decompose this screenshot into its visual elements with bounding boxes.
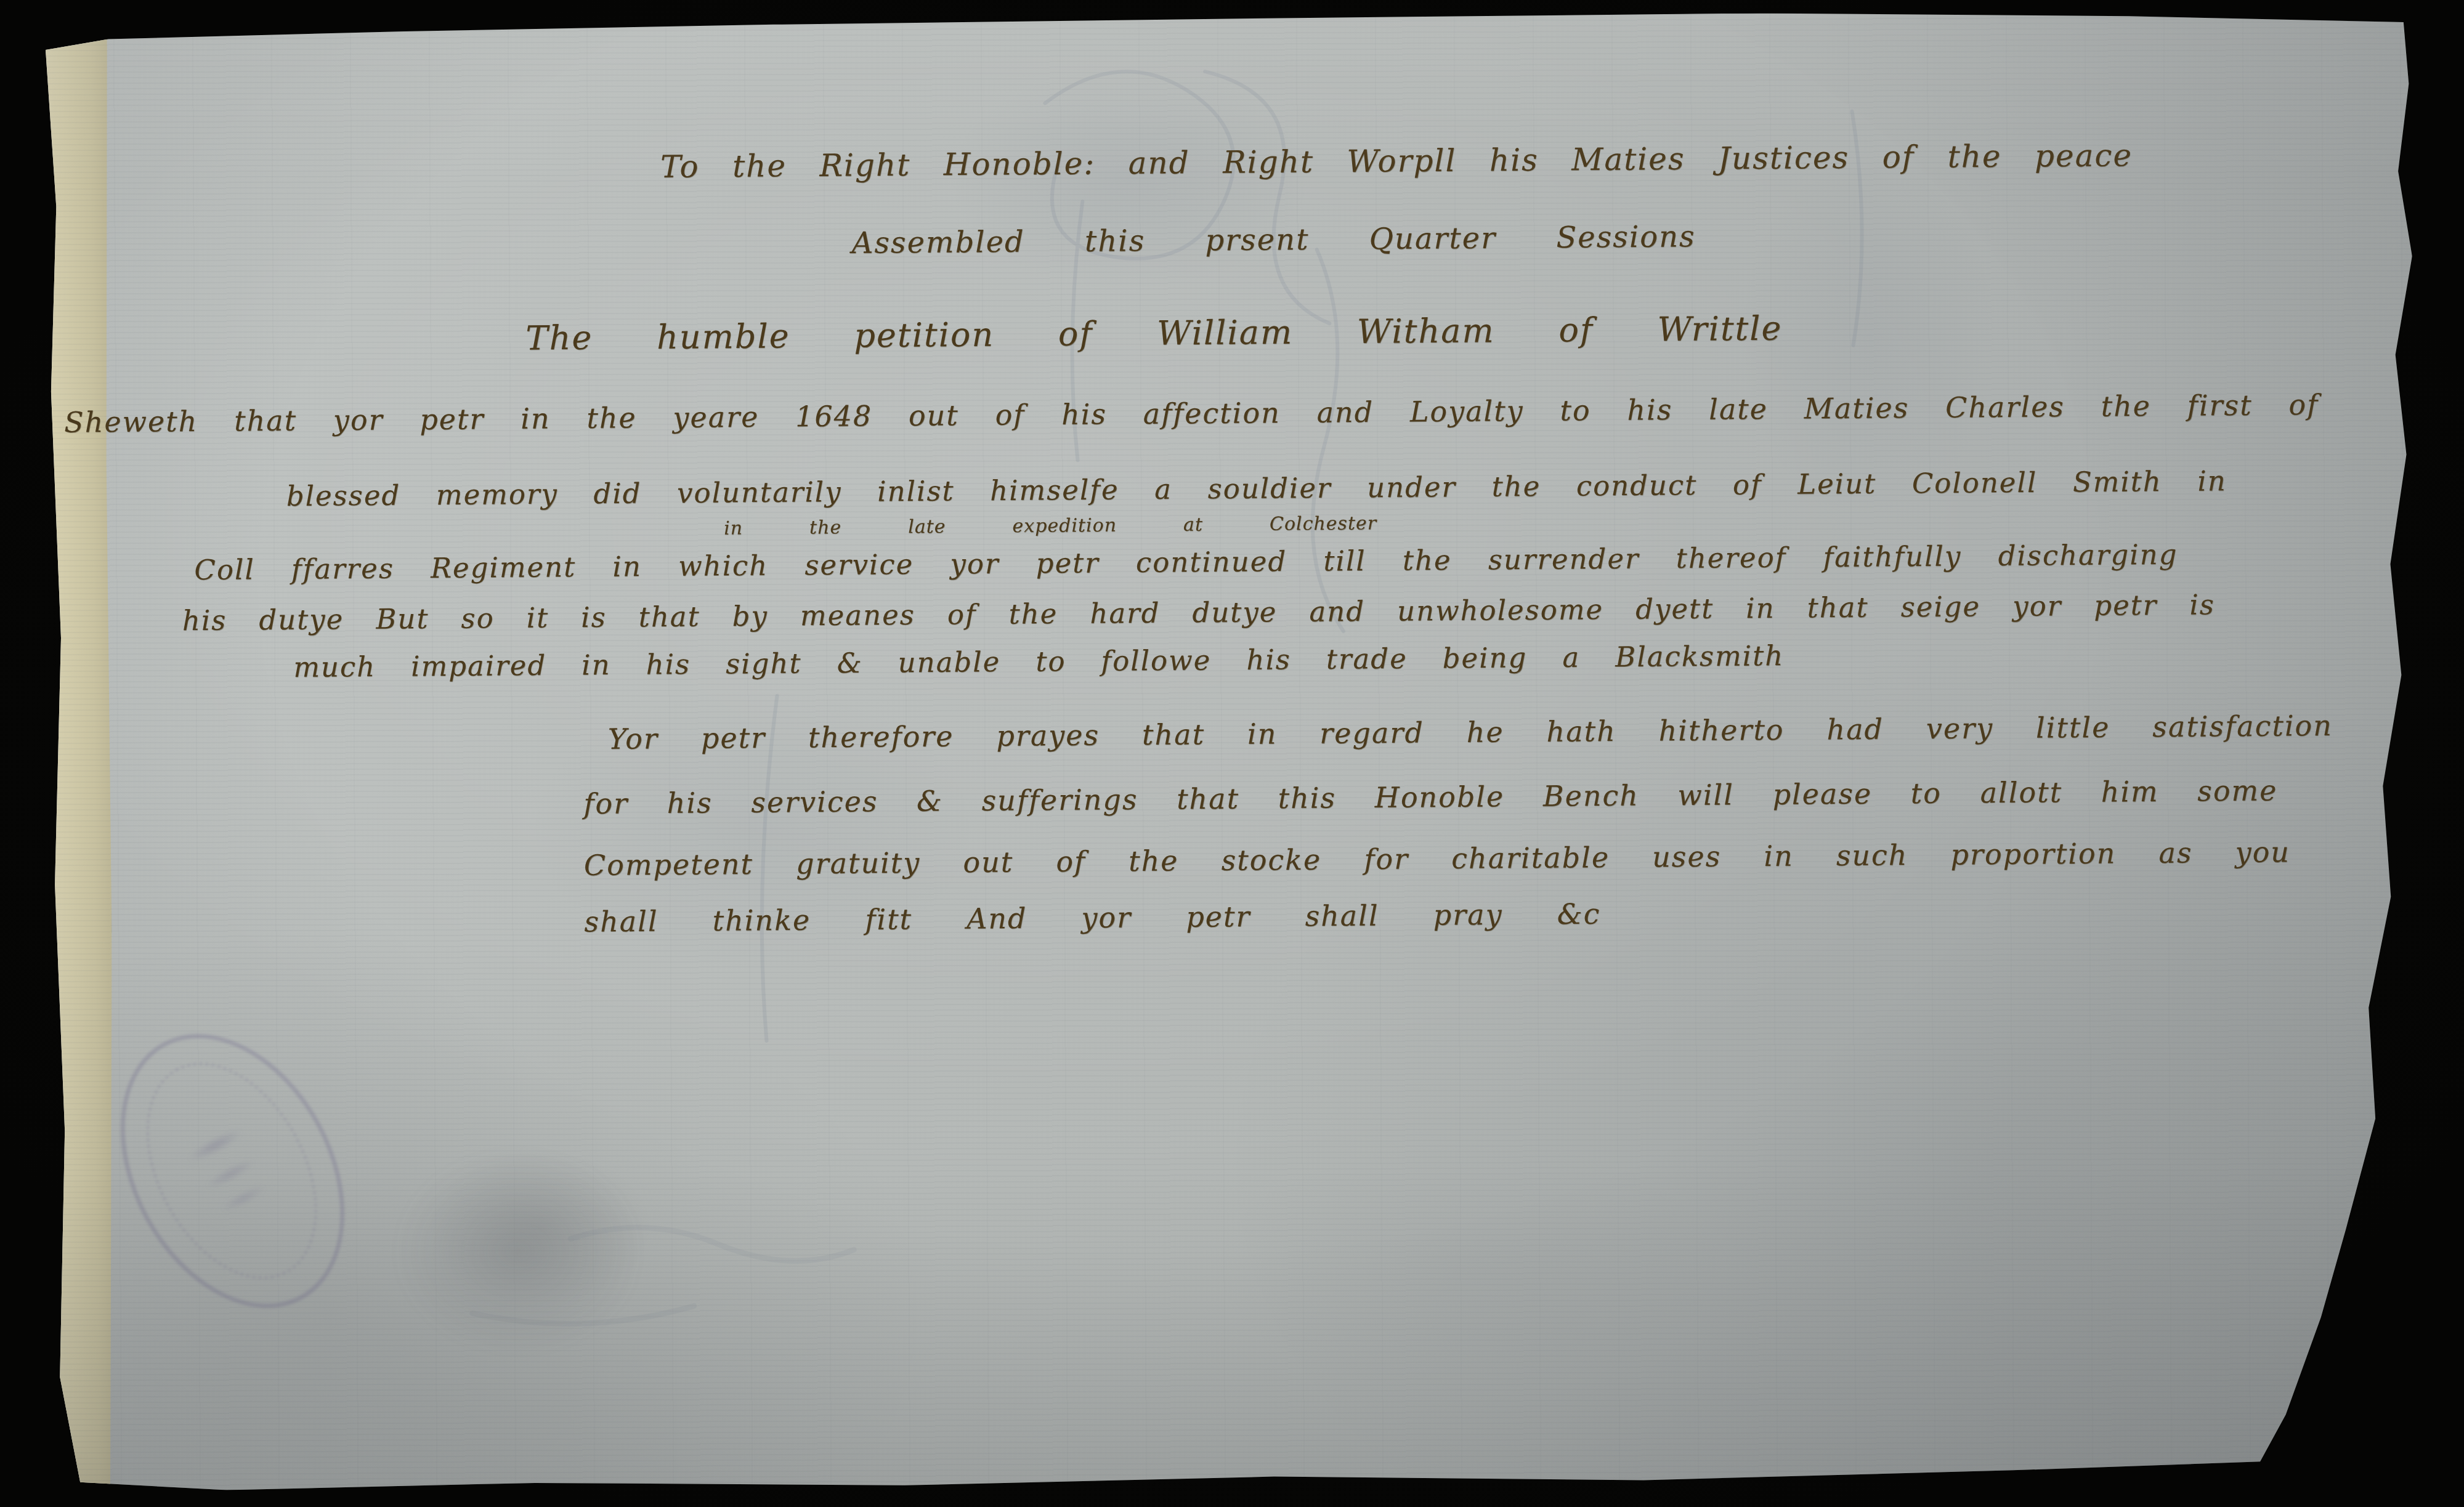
petition-heading-line-2: Assembled this prsent Quarter Sessions	[851, 222, 1695, 258]
body-line-4: his dutye But so it is that by meanes of…	[182, 591, 2215, 634]
prayer-line-1: Yor petr therefore prayes that in regard…	[608, 711, 2333, 753]
manuscript-text: To the Right Honoble: and Right Worpll h…	[34, 10, 2421, 1495]
body-line-2: blessed memory did voluntarily inlist hi…	[286, 467, 2227, 510]
body-line-5: much impaired in his sight & unable to f…	[293, 642, 1784, 681]
prayer-line-3: Competent gratuity out of the stocke for…	[584, 838, 2290, 879]
prayer-line-4: shall thinke fitt And yor petr shall pra…	[584, 900, 1600, 936]
prayer-line-2: for his services & sufferings that this …	[583, 776, 2277, 818]
petition-heading-line-1: To the Right Honoble: and Right Worpll h…	[660, 140, 2133, 182]
body-line-1: Sheweth that yor petr in the yeare 1648 …	[64, 390, 2319, 437]
photo-background: To the Right Honoble: and Right Worpll h…	[0, 0, 2464, 1507]
body-line-3: Coll ffarres Regiment in which service y…	[194, 541, 2178, 584]
interlineation: in the late expedition at Colchester	[724, 514, 1377, 538]
manuscript-page: To the Right Honoble: and Right Worpll h…	[34, 10, 2421, 1495]
petition-title: The humble petition of William Witham of…	[525, 312, 1782, 355]
